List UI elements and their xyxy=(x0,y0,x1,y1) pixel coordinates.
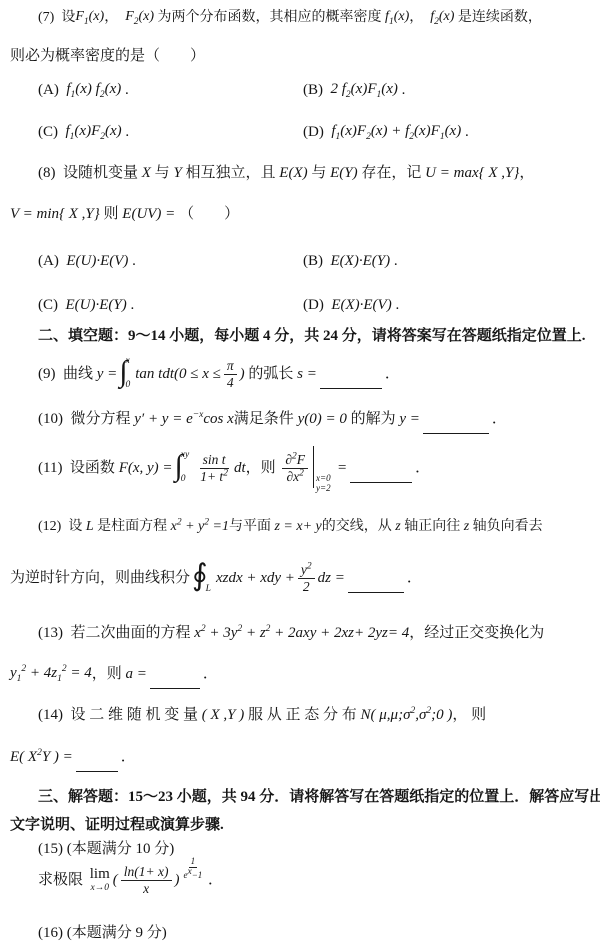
section-3-heading-line-2: 文字说明、证明过程或演算步骤. xyxy=(10,816,224,835)
text-run: 是柱面方程 xyxy=(94,518,171,536)
text-run: ． xyxy=(203,665,218,684)
text-run: . xyxy=(461,123,469,142)
math-run: E( X2Y ) = xyxy=(10,748,73,767)
text-run: . xyxy=(392,296,400,315)
math-run: f1(x)F2(x) xyxy=(66,122,122,143)
math-run: X xyxy=(142,164,151,183)
math-run: a = xyxy=(126,665,147,684)
text-run: ． xyxy=(121,748,136,767)
answer-blank xyxy=(423,419,489,434)
math-run: y = xyxy=(399,410,420,429)
text-run: （ ） xyxy=(179,205,239,224)
fraction: y22 xyxy=(298,562,315,594)
math-run: y12 + 4z12 = 4 xyxy=(10,664,92,685)
text-run: ． xyxy=(385,365,400,384)
math-run: tan tdt xyxy=(135,365,174,384)
math-run: f1(x) f2(x) xyxy=(66,80,121,101)
math-run: E(U)·E(Y) xyxy=(66,296,127,315)
text-run: . xyxy=(398,81,406,100)
math-run: 2 f2(x)F1(x) xyxy=(331,80,398,101)
math-run: U = max{ X ,Y} xyxy=(425,164,519,183)
math-run: F1(x) xyxy=(75,8,104,27)
text-run: ， xyxy=(104,9,125,27)
question-12-line-1: (12) 设 L 是柱面方程 x2 + y2 =1与平面 z = x+ y的交线… xyxy=(38,518,543,536)
option-7-d: (D) f1(x)F2(x) + f2(x)F1(x) . xyxy=(303,122,469,143)
option-8-b: (B) E(X)·E(Y) . xyxy=(303,252,398,271)
text-run: . xyxy=(127,296,135,315)
text-run: 为逆时针方向，则曲线积分 xyxy=(10,569,190,588)
text-run: ， 则 xyxy=(452,706,486,725)
answer-blank xyxy=(350,468,412,483)
exam-page: (7) 设F1(x)， F2(x) 为两个分布函数，其相应的概率密度 f1(x)… xyxy=(0,0,600,952)
fraction: ∂2F∂x2 xyxy=(282,452,308,484)
option-8-a: (A) E(U)·E(V) . xyxy=(38,252,136,271)
question-15-label: (15) (本题满分 10 分) xyxy=(38,840,174,859)
fraction: π4 xyxy=(224,358,237,390)
math-run: (0 ≤ x ≤ xyxy=(174,365,221,384)
option-8-d: (D) E(X)·E(V) . xyxy=(303,296,399,315)
math-run: dz = xyxy=(318,569,345,588)
text-run: 文字说明、证明过程或演算步骤. xyxy=(10,816,224,835)
text-run: 轴正向往 xyxy=(401,518,464,536)
text-run: (C) xyxy=(38,296,66,315)
text-run: 存在，记 xyxy=(358,164,426,183)
text-run: ． xyxy=(492,410,507,429)
question-13-line-1: (13) 若二次曲面的方程 x2 + 3y2 + z2 + 2axy + 2xz… xyxy=(38,624,544,643)
text-run: ，则 xyxy=(246,459,280,478)
text-run: 满足条件 xyxy=(234,410,298,429)
answer-blank xyxy=(76,757,118,772)
section-3-heading-line-1: 三、解答题：15～23 小题，共 94 分．请将解答写在答题纸指定的位置上．解答… xyxy=(38,788,600,807)
math-run: f1(x)F2(x) + f2(x)F1(x) xyxy=(331,122,461,143)
text-run: 的交线，从 xyxy=(322,518,396,536)
math-run: xzdx + xdy + xyxy=(216,569,295,588)
fraction: sin t1+ t2 xyxy=(197,452,231,484)
integral-sign: ∫xy0 xyxy=(175,450,193,486)
math-run: x2 + 3y2 + z2 + 2axy + 2xz+ 2yz= 4 xyxy=(194,624,409,643)
text-run: ，经过正交变换化为 xyxy=(409,624,544,643)
text-run: 则 xyxy=(100,205,123,224)
math-run: x2 + y2 =1 xyxy=(171,518,229,536)
answer-blank xyxy=(150,674,200,689)
text-run: 二、填空题：9～14 小题，每小题 4 分，共 24 分，请将答案写在答题纸指定… xyxy=(38,327,586,346)
math-run: y(0) = 0 xyxy=(298,410,347,429)
question-7-line-2: 则必为概率密度的是（ ） xyxy=(10,47,205,66)
text-run: (B) xyxy=(303,252,331,271)
math-run: E(X)·E(Y) xyxy=(331,252,391,271)
math-run: f1(x) xyxy=(385,8,409,27)
text-run: . xyxy=(121,81,129,100)
text-run: 服 从 正 态 分 布 xyxy=(244,706,360,725)
text-run: (16) (本题满分 9 分) xyxy=(38,924,167,943)
math-run: s = xyxy=(297,365,317,384)
fraction: ln(1+ x)x xyxy=(121,864,172,896)
text-run: 的解为 xyxy=(347,410,400,429)
text-run: (12) 设 xyxy=(38,518,86,536)
text-run: ，则 xyxy=(92,665,126,684)
limit-operator: limx→0 xyxy=(90,867,110,894)
math-run: E(X) xyxy=(279,164,307,183)
text-run: 为两个分布函数，其相应的概率密度 xyxy=(154,9,385,27)
question-12-line-2: 为逆时针方向，则曲线积分∮ Lxzdx + xdy +y22dz =． xyxy=(10,560,422,596)
text-run: (7) 设 xyxy=(38,9,75,27)
text-run: 与 xyxy=(151,164,174,183)
math-run: E(Y) xyxy=(330,164,358,183)
text-run: (D) xyxy=(303,123,331,142)
math-run: dt xyxy=(234,459,246,478)
question-8-line-1: (8) 设随机变量 X 与 Y 相互独立，且 E(X) 与 E(Y) 存在，记 … xyxy=(38,164,534,183)
math-run: F(x, y) = xyxy=(119,459,173,478)
math-run: ) xyxy=(175,871,180,890)
text-run: ， xyxy=(519,164,534,183)
text-run: 求极限 xyxy=(38,871,87,890)
question-7-line-1: (7) 设F1(x)， F2(x) 为两个分布函数，其相应的概率密度 f1(x)… xyxy=(38,8,542,27)
text-run: (15) (本题满分 10 分) xyxy=(38,840,174,859)
option-8-c: (C) E(U)·E(Y) . xyxy=(38,296,134,315)
question-14-line-2: E( X2Y ) =． xyxy=(10,748,136,767)
option-7-a: (A) f1(x) f2(x) . xyxy=(38,80,129,101)
math-run: f2(x) xyxy=(430,8,454,27)
text-run: 的弧长 xyxy=(245,365,298,384)
math-run: E(U)·E(V) xyxy=(66,252,128,271)
math-run: = xyxy=(337,459,347,478)
math-run: y′ + y = e−xcos x xyxy=(134,410,234,429)
text-run: (9) 曲线 xyxy=(38,365,97,384)
math-run: V = min{ X ,Y} xyxy=(10,205,100,224)
text-run: . xyxy=(128,252,136,271)
question-11: (11) 设函数 F(x, y) =∫xy0sin t1+ t2dt，则 ∂2F… xyxy=(38,446,430,490)
math-run: E(UV) = xyxy=(122,205,179,224)
text-run: (11) 设函数 xyxy=(38,459,119,478)
math-run: z = x+ y xyxy=(274,518,321,536)
math-run: F2(x) xyxy=(125,8,154,27)
question-9: (9) 曲线 y =∫x0tan tdt(0 ≤ x ≤π4) 的弧长 s =． xyxy=(38,356,400,392)
text-run: ． xyxy=(407,569,422,588)
math-run: L xyxy=(86,518,94,536)
text-run: 相互独立，且 xyxy=(182,164,280,183)
integral-sign: ∫x0 xyxy=(119,356,133,392)
question-8-line-2: V = min{ X ,Y} 则 E(UV) = （ ） xyxy=(10,205,239,224)
question-14-line-1: (14) 设 二 维 随 机 变 量 ( X ,Y ) 服 从 正 态 分 布 … xyxy=(38,706,486,725)
answer-blank xyxy=(348,578,404,593)
exponent-fraction: 1ex−1 xyxy=(182,856,205,880)
text-run: 轴负向看去 xyxy=(469,518,543,536)
text-run: 是连续函数， xyxy=(454,9,542,27)
text-run: . xyxy=(122,123,130,142)
text-run: (10) 微分方程 xyxy=(38,410,134,429)
section-2-heading: 二、填空题：9～14 小题，每小题 4 分，共 24 分，请将答案写在答题纸指定… xyxy=(38,327,586,346)
question-13-line-2: y12 + 4z12 = 4，则 a =． xyxy=(10,664,218,685)
math-run: y = xyxy=(97,365,118,384)
text-run: (13) 若二次曲面的方程 xyxy=(38,624,194,643)
text-run: 三、解答题：15～23 小题，共 94 分．请将解答写在答题纸指定的位置上．解答… xyxy=(38,788,600,807)
math-run: E(X)·E(V) xyxy=(331,296,391,315)
answer-blank xyxy=(320,374,382,389)
math-run: N( μ,μ;σ2,σ2;0 ) xyxy=(361,706,453,725)
question-10: (10) 微分方程 y′ + y = e−xcos x满足条件 y(0) = 0… xyxy=(38,410,507,429)
math-run: ( xyxy=(113,871,118,890)
text-run: 与平面 xyxy=(229,518,275,536)
math-run: ( X ,Y ) xyxy=(202,706,245,725)
question-15-formula: 求极限 limx→0(ln(1+ x)x)1ex−1 ． xyxy=(38,864,223,896)
math-run: Y xyxy=(173,164,181,183)
option-7-b: (B) 2 f2(x)F1(x) . xyxy=(303,80,405,101)
contour-integral-sign: ∮ L xyxy=(192,560,214,596)
question-16-label: (16) (本题满分 9 分) xyxy=(38,924,167,943)
text-run: (C) xyxy=(38,123,66,142)
text-run: (A) xyxy=(38,81,66,100)
option-7-c: (C) f1(x)F2(x) . xyxy=(38,122,129,143)
text-run: ， xyxy=(409,9,430,27)
text-run: (D) xyxy=(303,296,331,315)
evaluation-bar: x=0y=2 xyxy=(311,446,337,490)
text-run: ． xyxy=(415,459,430,478)
text-run: 则必为概率密度的是（ ） xyxy=(10,47,205,66)
text-run: ． xyxy=(204,871,223,890)
text-run: 与 xyxy=(308,164,331,183)
text-run: (8) 设随机变量 xyxy=(38,164,142,183)
text-run: (A) xyxy=(38,252,66,271)
text-run: (B) xyxy=(303,81,331,100)
text-run: . xyxy=(390,252,398,271)
text-run: (14) 设 二 维 随 机 变 量 xyxy=(38,706,202,725)
